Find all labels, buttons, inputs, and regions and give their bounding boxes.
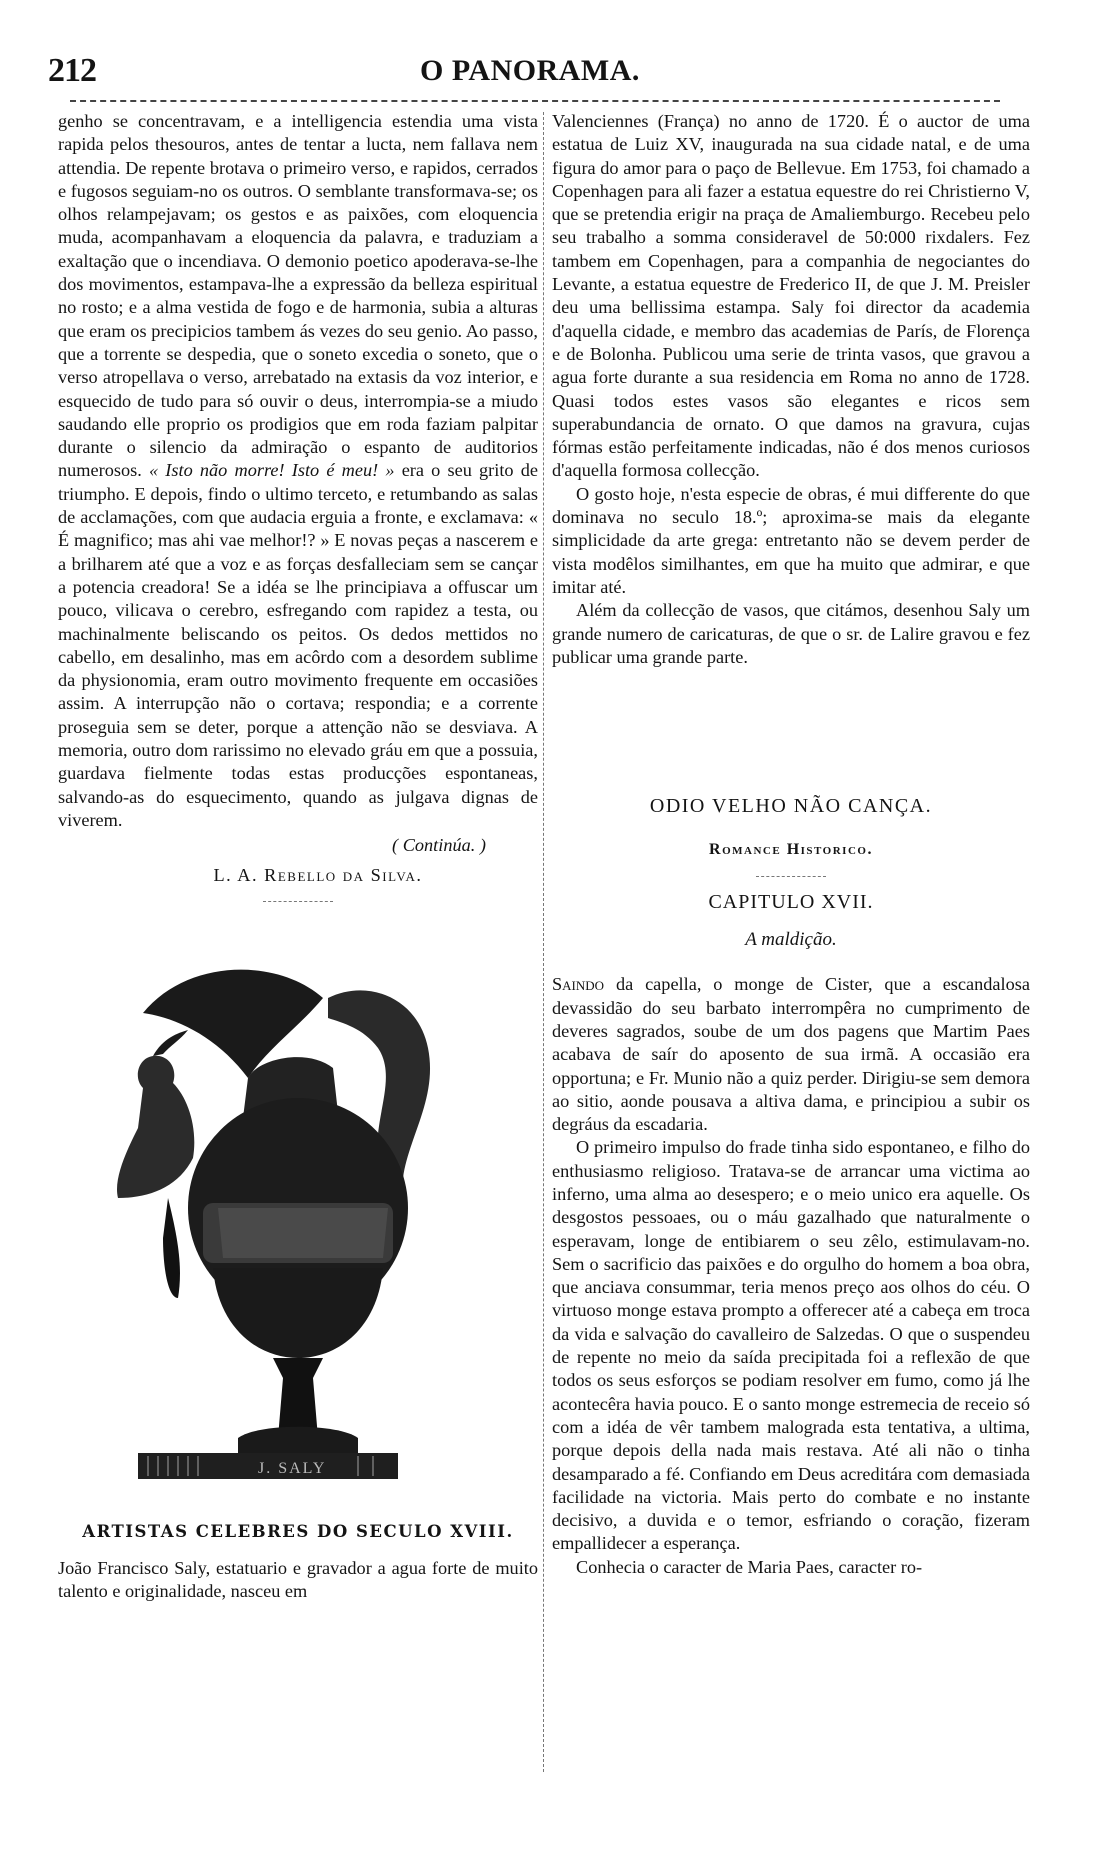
article-first-paragraph: João Francisco Saly, estatuario e gravad… bbox=[58, 1557, 538, 1604]
story-separator bbox=[756, 876, 826, 877]
chapter-paragraph: O primeiro impulso do frade tinha sido e… bbox=[552, 1136, 1030, 1555]
saly-biography-paragraph: Valenciennes (França) no anno de 1720. É… bbox=[552, 110, 1030, 483]
chapter-heading: CAPITULO XVII. bbox=[552, 891, 1030, 914]
left-paragraph: genho se concentravam, e a intelligencia… bbox=[58, 110, 538, 832]
chapter-paragraph: Saindo da capella, o monge de Cister, qu… bbox=[552, 973, 1030, 1136]
left-paragraph-text-continued: era o seu grito de triumpho. E depois, f… bbox=[58, 460, 538, 829]
masthead-title: O PANORAMA. bbox=[420, 54, 640, 88]
caricatures-paragraph: Além da collecção de vasos, que citámos,… bbox=[552, 599, 1030, 669]
vase-illustration-icon: J. SALY bbox=[108, 938, 508, 1498]
taste-paragraph: O gosto hoje, n'esta especie de obras, é… bbox=[552, 483, 1030, 599]
header-rule bbox=[70, 100, 1000, 102]
engraving-plate-text: J. SALY bbox=[258, 1460, 326, 1477]
chapter-paragraph-text: da capella, o monge de Cister, que a esc… bbox=[552, 974, 1030, 1134]
left-column: genho se concentravam, e a intelligencia… bbox=[58, 110, 538, 1604]
poet-quote: « Isto não morre! Isto é meu! » bbox=[149, 460, 395, 480]
left-paragraph-text: genho se concentravam, e a intelligencia… bbox=[58, 111, 538, 480]
column-divider bbox=[543, 112, 544, 1772]
right-column: Valenciennes (França) no anno de 1720. É… bbox=[552, 110, 1030, 1579]
chapter-subtitle: A maldição. bbox=[552, 928, 1030, 951]
ewer-engraving-image: J. SALY bbox=[108, 938, 508, 1498]
story-subtitle: Romance Historico. bbox=[552, 838, 1030, 861]
chapter-lead-word: Saindo bbox=[552, 974, 604, 994]
article-heading: ARTISTAS CELEBRES DO SECULO XVIII. bbox=[58, 1520, 538, 1543]
story-title: ODIO VELHO NÃO CANÇA. bbox=[552, 795, 1030, 818]
author-signature: L. A. Rebello da Silva. bbox=[58, 864, 538, 887]
page-number: 212 bbox=[48, 52, 96, 90]
separator-rule bbox=[263, 901, 333, 902]
chapter-paragraph: Conhecia o caracter de Maria Paes, carac… bbox=[552, 1556, 1030, 1579]
continued-note: ( Continúa. ) bbox=[58, 834, 538, 857]
